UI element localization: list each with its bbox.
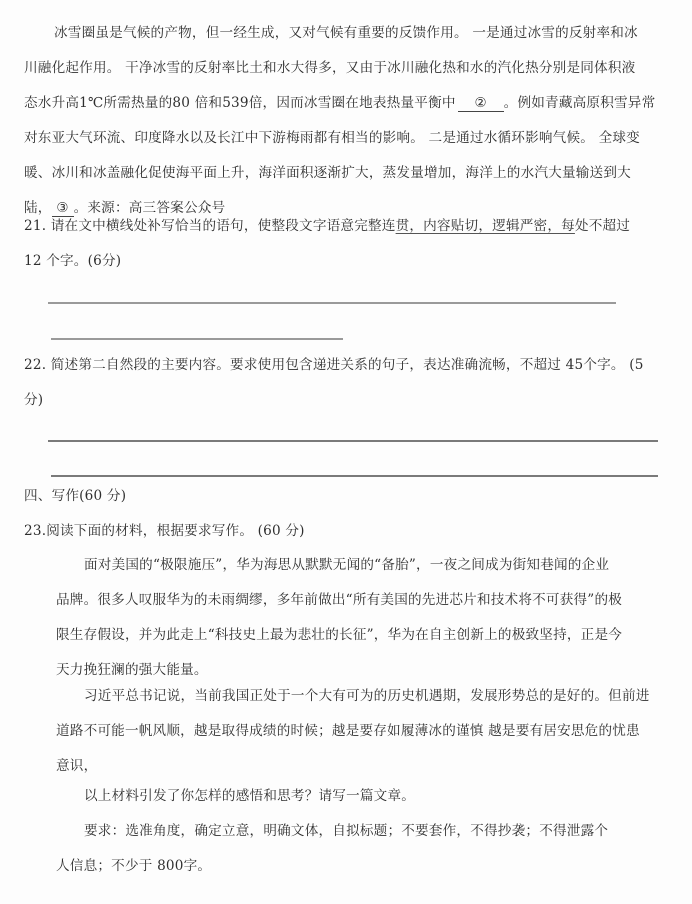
passage-line-1: 冰雪圈虽是气候的产物，但一经生成，又对气候有重要的反馈作用。 一是通过冰雪的反射… bbox=[54, 23, 638, 43]
q23-requirements-line-2: 人信息；不少于 800字。 bbox=[56, 856, 211, 876]
passage-line-3-text: 态水升高1℃所需热量的80 倍和539倍，因而冰雪圈在地表热量平衡中 bbox=[24, 95, 456, 111]
q23-material1-line-4: 天力挽狂澜的强大能量。 bbox=[56, 660, 208, 680]
q23-requirements-line-1: 要求：选准角度，确定立意，明确文体，自拟标题；不要套作，不得抄袭；不得泄露个 bbox=[84, 821, 608, 841]
q22-answer-line-1[interactable] bbox=[48, 440, 658, 442]
q21-answer-line-1[interactable] bbox=[48, 302, 616, 304]
q23-material1-line-2: 品牌。很多人叹服华为的未雨绸缪，多年前做出“所有美国的先进芯片和技术将不可获得”… bbox=[56, 590, 622, 610]
q23-question: 以上材料引发了你怎样的感悟和思考？请写一篇文章。 bbox=[84, 786, 415, 806]
passage-line-3: 态水升高1℃所需热量的80 倍和539倍，因而冰雪圈在地表热量平衡中②。例如青藏… bbox=[24, 93, 655, 113]
q23-material2-line-3: 意识， bbox=[56, 756, 97, 776]
q21-underlined-text: 贯，内容贴切，逻辑严密，每 bbox=[396, 218, 575, 234]
passage-line-4: 对东亚大气环流、印度降水以及长江中下游梅雨都有相当的影响。 二是通过水循环影响气… bbox=[24, 128, 640, 148]
passage-line-6-text: 陆， bbox=[24, 200, 52, 216]
q21-answer-line-2[interactable] bbox=[51, 338, 343, 340]
fill-blank-3: ③ bbox=[52, 200, 74, 217]
q22-line-1: 22. 简述第二自然段的主要内容。要求使用包含递进关系的句子，表达准确流畅，不超… bbox=[24, 355, 644, 375]
q22-line-2: 分) bbox=[24, 390, 43, 410]
passage-line-6-tail: 。来源：高三答案公众号 bbox=[74, 200, 226, 216]
passage-line-2: 川融化起作用。 干净冰雪的反射率比土和水大得多，又由于冰川融化热和水的汽化热分别… bbox=[24, 58, 635, 78]
fill-blank-2: ② bbox=[458, 95, 504, 112]
q21-line-2: 12 个字。(6分) bbox=[24, 251, 121, 271]
q21-line-1: 21. 请在文中横线处补写恰当的语句，使整段文字语意完整连贯，内容贴切，逻辑严密… bbox=[24, 216, 630, 236]
q23-material2-line-2: 道路不可能一帆风顺，越是取得成绩的时候；越是要存如履薄冰的谨慎 越是要有居安思危… bbox=[56, 721, 640, 741]
q23-material1-line-1: 面对美国的“极限施压”，华为海思从默默无闻的“备胎”，一夜之间成为街知巷闻的企业 bbox=[84, 555, 609, 575]
passage-line-6: 陆，③。来源：高三答案公众号 bbox=[24, 198, 225, 218]
passage-line-3-tail: 。例如青藏高原积雪异常 bbox=[504, 95, 656, 111]
q21-text-a: 21. 请在文中横线处补写恰当的语句，使整段文字语意完整连 bbox=[24, 218, 396, 234]
q21-text-b: 处不超过 bbox=[575, 218, 630, 234]
section-heading-writing: 四、写作(60 分) bbox=[24, 486, 126, 506]
q22-answer-line-2[interactable] bbox=[51, 475, 658, 477]
passage-line-5: 暖、冰川和冰盖融化促使海平面上升，海洋面积逐渐扩大，蒸发量增加，海洋上的水汽大量… bbox=[24, 163, 631, 183]
q23-prompt: 23.阅读下面的材料，根据要求写作。 (60 分) bbox=[24, 521, 305, 541]
exam-page: 冰雪圈虽是气候的产物，但一经生成，又对气候有重要的反馈作用。 一是通过冰雪的反射… bbox=[0, 0, 692, 904]
q23-material2-line-1: 习近平总书记说，当前我国正处于一个大有可为的历史机遇期，发展形势总的是好的。但前… bbox=[84, 686, 650, 706]
q23-material1-line-3: 限生存假设，并为此走上“科技史上最为悲壮的长征”，华为在自主创新上的极致坚持，正… bbox=[56, 625, 622, 645]
